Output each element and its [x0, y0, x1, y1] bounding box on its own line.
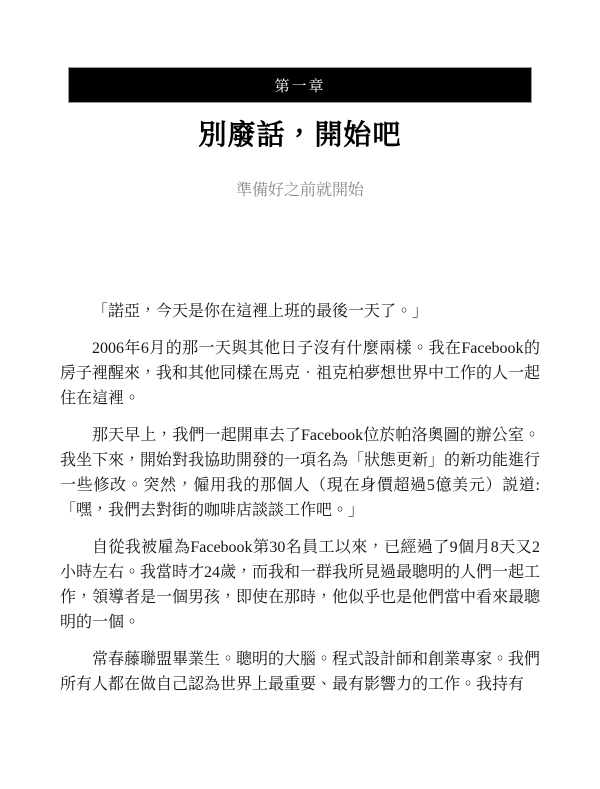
paragraph: 自從我被雇為Facebook第30名員工以來，已經過了9個月8天又2小時左右。我…	[60, 535, 540, 635]
chapter-banner: 第一章	[68, 67, 532, 103]
chapter-subtitle: 準備好之前就開始	[60, 183, 540, 199]
paragraph: 常春藤聯盟畢業生。聰明的大腦。程式設計師和創業專家。我們所有人都在做自己認為世界…	[60, 647, 540, 697]
book-page: 第一章 別廢話，開始吧 準備好之前就開始 「諾亞，今天是你在這裡上班的最後一天了…	[0, 0, 600, 789]
paragraph: 「諾亞，今天是你在這裡上班的最後一天了。」	[60, 299, 540, 324]
chapter-title: 別廢話，開始吧	[60, 119, 540, 153]
paragraph: 2006年6月的那一天與其他日子沒有什麼兩樣。我在Facebook的房子裡醒來，…	[60, 336, 540, 411]
chapter-label: 第一章	[274, 75, 325, 96]
body-text: 「諾亞，今天是你在這裡上班的最後一天了。」 2006年6月的那一天與其他日子沒有…	[60, 299, 540, 697]
paragraph: 那天早上，我們一起開車去了Facebook位於帕洛奧圖的辦公室。我坐下來，開始對…	[60, 423, 540, 523]
